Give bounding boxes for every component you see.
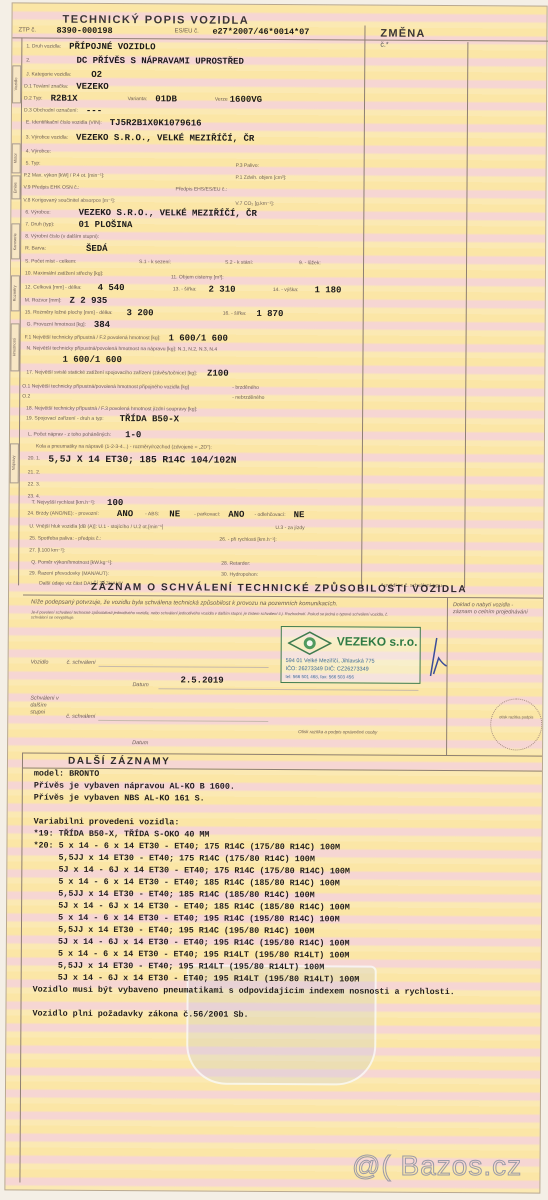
record-line: 5J x 14 - 6J x 14 ET30 - ET40; 185 R14C … <box>33 901 350 913</box>
record-line: 5 x 14 - 6 x 14 ET30 - ET40; 195 R14C (1… <box>33 913 340 925</box>
next-stage-label: Schválení v dalším stupni <box>30 696 60 717</box>
date-line <box>158 688 418 691</box>
change-number-label: č.* <box>380 42 388 49</box>
company-logo-icon <box>288 631 332 655</box>
tank-volume-label: 11. Objem cisterny [m³]: <box>171 274 224 280</box>
retarder-label: 28. Retarder: <box>221 561 250 567</box>
braked-label: - brzděného <box>232 385 259 391</box>
roof-load-label: 10. Maximální zatížení střechy [kg]: <box>25 270 103 276</box>
company-stamp: VEZEKO s.r.o. 594 01 Velké Meziříčí, Jih… <box>280 626 420 684</box>
wheels-label: Kola a pneumatiky na nápravě (1-2-3-4...… <box>36 444 212 451</box>
field-manufacturer: 3. Výrobce vozidla: VEZEKO S.R.O., VELKÉ… <box>26 130 255 145</box>
approval-number-label: č. schválení <box>67 660 96 666</box>
other-records-title: DALŠÍ ZÁZNAMY <box>68 756 171 768</box>
field-vehicle-kind: 1. Druh vozidla: PŘÍPOJNÉ VOZIDLO <box>26 39 155 54</box>
approval-statement: Níže podepsaný potvrzuje, že vozidlu byl… <box>31 600 338 608</box>
record-line: 5,5JJ x 14 ET30 - ET40; 195 R14LT (195/8… <box>33 961 325 973</box>
record-line: Přívěs je vybaven NBS AL-KO 161 S. <box>34 793 205 804</box>
side-tab-dimensions: Rozměry <box>11 275 20 311</box>
record-line: 5,5JJ x 14 ET30 - ET40; 195 R14C (195/80… <box>33 925 315 937</box>
seats-label: S. Počet míst - celkem: <box>25 258 76 264</box>
field-hitch: 19. Spojovací zařízení - druh a typ: TŘÍ… <box>26 411 179 426</box>
record-line: 5 x 14 - 6 x 14 ET30 - ET40; 185 R14C (1… <box>33 877 340 889</box>
field-color: R. Barva: ŠEDÁ <box>25 241 108 256</box>
eec-regulation-label: Předpis EHS/ES/EU č.: <box>175 186 227 192</box>
unbraked-label: - nebrzděného <box>232 395 264 401</box>
record-line: Vozidlo musi být vybaveno pneumatikami s… <box>33 985 455 998</box>
approval-number-label-2: č. schválení <box>66 714 95 720</box>
record-line: 5 x 14 - 6 x 14 ET30 - ET40; 195 R14LT (… <box>33 949 350 961</box>
approval-section-title: ZÁZNAM O SCHVÁLENÍ TECHNICKÉ ZPŮSOBILOST… <box>91 582 467 595</box>
approval-number-line <box>99 666 269 668</box>
vehicle-registration-document: TECHNICKÝ POPIS VOZIDLA ZTP č. 8390-0001… <box>4 2 547 1193</box>
ztp-label: ZTP č. <box>18 27 36 33</box>
field-axle-1-wheels: 20. 1. 5,5J X 14 ET30; 185 R14C 104/102N <box>28 451 237 466</box>
displacement-label: P.1 Zdvih. objem [cm³]: <box>236 175 287 181</box>
record-line: model: BRONTO <box>34 769 99 779</box>
hydro-drive-label: 30. Hydropohon: <box>221 572 258 578</box>
vehicle-label: Vozidlo <box>31 660 49 666</box>
field-coupling-load: 17. Největší svislé statické zatížení sp… <box>26 365 228 380</box>
record-line: Přívěs je vybaven nápravou AL-KO B 1600. <box>34 781 235 792</box>
record-line: *20: 5 x 14 - 6 x 14 ET30 - ET40; 175 R1… <box>33 841 340 853</box>
record-line: 5,5JJ x 14 ET30 - ET40; 185 R14C (185/80… <box>33 889 315 901</box>
seats-standing-label: S.2 - k stání: <box>225 260 253 266</box>
approval-fine-print: Je-li povolení schválení technické způso… <box>31 610 391 622</box>
side-tab-emissions: Emise <box>11 175 20 199</box>
side-tab-body: Karoserie <box>11 223 20 259</box>
eseu-label: ES/EU č. <box>174 28 198 34</box>
field-loadbed-width: 16. - šířka: 1 870 <box>223 307 284 321</box>
divider <box>22 767 542 771</box>
record-line: 5J x 14 - 6J x 14 ET30 - ET40; 195 R14C … <box>33 937 350 949</box>
beds-label: 9. - lůžek: <box>299 260 321 266</box>
side-tab-engine: Motor <box>12 143 21 173</box>
divider <box>361 26 365 588</box>
stamp-caption: Otisk razítka a podpis oprávněné osoby <box>298 729 377 734</box>
record-line: 5,5JJ x 14 ET30 - ET40; 175 R14C (175/80… <box>33 853 315 865</box>
official-seal-placeholder: otisk razítka podpis <box>490 698 542 750</box>
at-speed-label: 26. - při rychlosti [km.h⁻¹]: <box>219 537 276 543</box>
field-vin: E. Identifikační číslo vozidla (VIN): TJ… <box>26 115 202 130</box>
noise-driving-label: U.3 - za jízdy <box>275 525 304 531</box>
side-tab-vehicle: Vozidlo <box>12 65 21 103</box>
side-tab-axles: Nápravy <box>10 443 19 483</box>
date-label-2: Datum <box>132 740 148 746</box>
ztp-number: 8390-000198 <box>56 26 112 36</box>
divider <box>19 752 23 1182</box>
record-line: *19: TŘÍDA B50-X, TŘÍDA S-OKO 40 MM <box>34 829 210 840</box>
customs-record-note: Doklad o nabytí vozidla - záznam o celní… <box>453 602 533 616</box>
signature-icon <box>425 634 449 678</box>
record-line: Vozidlo plni požadavky zákona č.56/2001 … <box>32 1009 248 1020</box>
approval-date: 2.5.2019 <box>180 675 223 685</box>
field-vehicle-kind-2: 2. DC PŘÍVĚS S NÁPRAVAMI UPROSTŘED <box>26 53 244 68</box>
field-overall-width: 13. - šířka: 2 310 <box>173 282 236 296</box>
document-title: TECHNICKÝ POPIS VOZIDLA <box>62 14 249 27</box>
eseu-number: e27*2007/46*0014*07 <box>212 27 309 38</box>
date-label: Datum <box>132 682 148 688</box>
bazos-watermark: @( Bazos.cz <box>352 1150 522 1182</box>
fuel-label: P.3 Palivo: <box>236 163 259 169</box>
field-trailer-weight-braked: O.1 Největší technicky přípustná/povolen… <box>22 379 189 394</box>
approval-number-line-2 <box>98 720 268 722</box>
side-tab-weights: Hmotnosti <box>10 323 19 371</box>
seats-sitting-label: S.1 - k sezení: <box>139 259 171 265</box>
divider <box>464 42 468 588</box>
record-line: Variabilni provedeni vozidla: <box>34 817 180 828</box>
change-section-title: ZMĚNA <box>380 28 425 40</box>
field-gearbox: 29. Řazení převodovky (MAN/AUT): <box>29 566 109 580</box>
field-axle-count: L. Počet náprav - z toho poháněných: 1-0 <box>28 427 141 442</box>
record-line: 5J x 14 - 6J x 14 ET30 - ET40; 175 R14C … <box>33 865 350 877</box>
record-line: 5J x 14 - 6J x 14 ET30 - ET40; 195 R14LT… <box>33 973 360 985</box>
field-overall-height: 14. - výška: 1 180 <box>273 283 342 297</box>
